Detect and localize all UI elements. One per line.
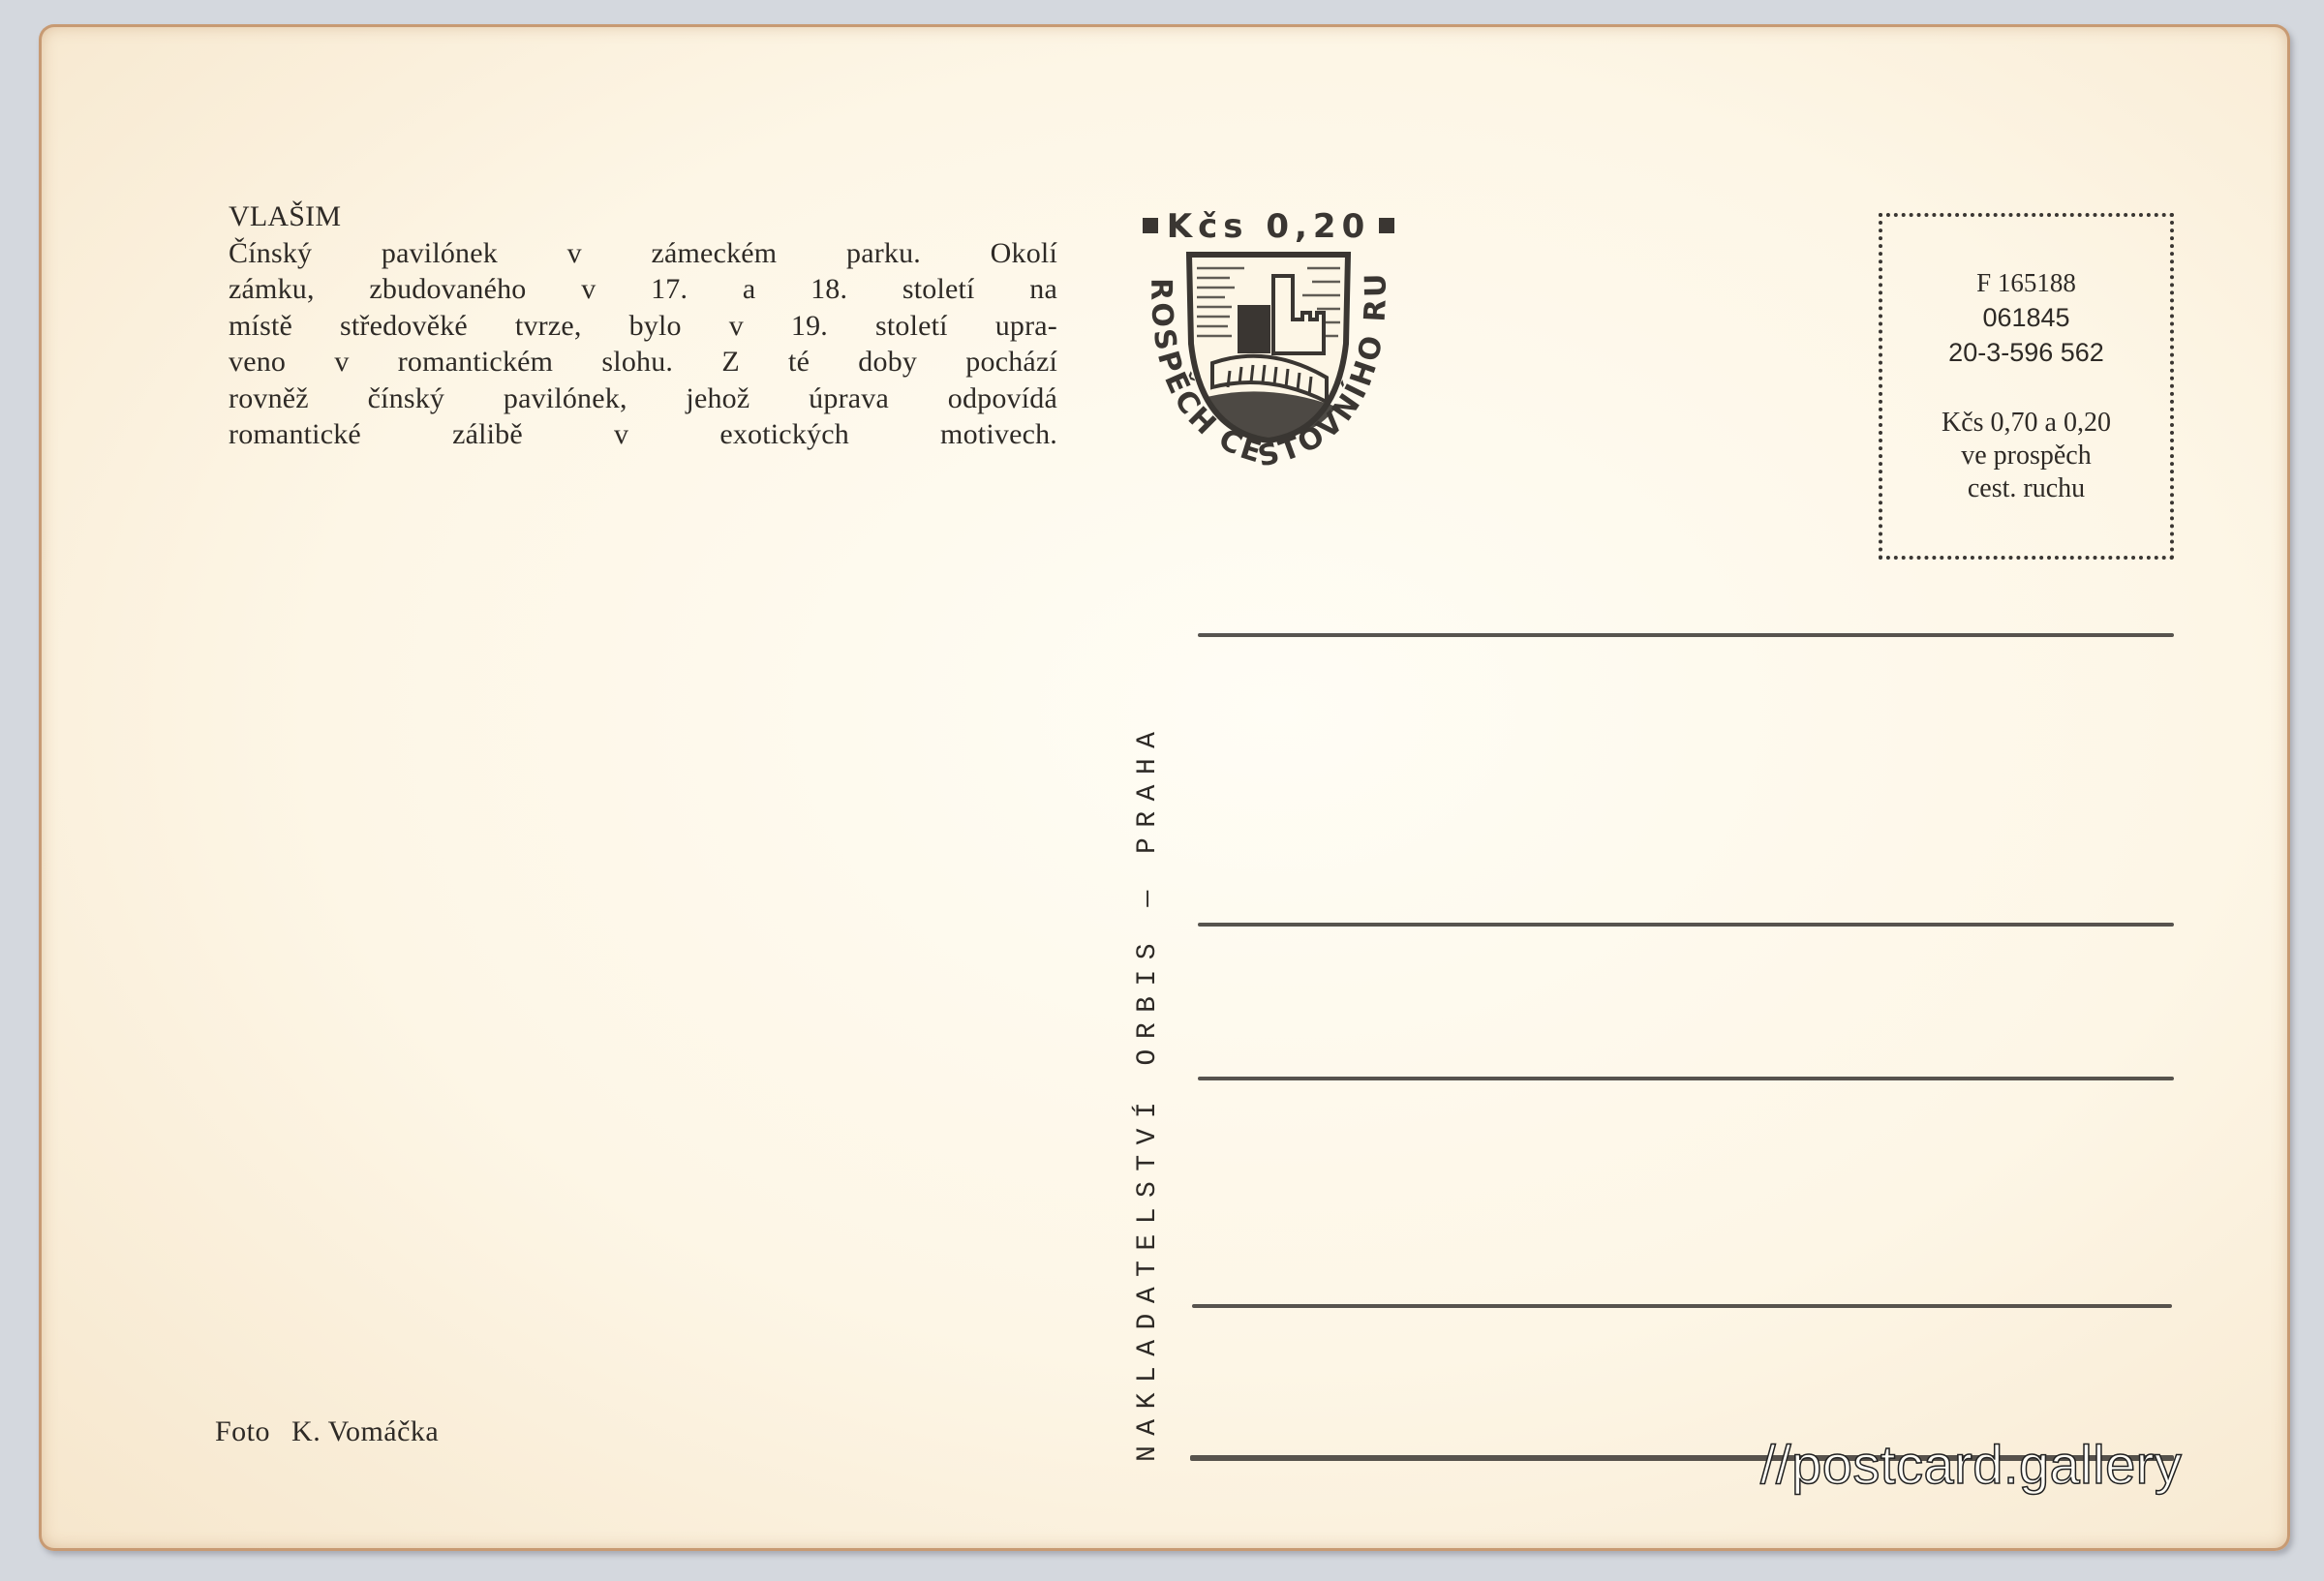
caption-line: rovněž čínský pavilónek, jehož úprava od… [229,380,1057,417]
watermark: //postcard.gallery [1760,1433,2182,1496]
address-line [1198,1077,2174,1080]
caption-line: zámku, zbudovaného v 17. a 18. století n… [229,271,1057,308]
photo-credit: Foto K. Vomáčka [215,1415,452,1448]
caption-line: Čínský pavilónek v zámeckém parku. Okolí [229,235,1057,272]
photo-credit-label: Foto [215,1415,270,1447]
caption-line: romantické zálibě v exotických motivech. [229,416,1057,453]
print-codes: F 165188 061845 20-3-596 562 [1882,265,2170,370]
stamp-box: F 165188 061845 20-3-596 562 Kčs 0,70 a … [1879,213,2174,560]
print-code: F 165188 [1882,265,2170,300]
price-line: Kčs 0,70 a 0,20 [1882,407,2170,440]
caption-line: místě středověké tvrze, bylo v 19. stole… [229,308,1057,345]
price-note: Kčs 0,70 a 0,20 ve prospěch cest. ruchu [1882,407,2170,505]
price-line: cest. ruchu [1882,472,2170,505]
price-line: ve prospěch [1882,440,2170,472]
castle-shield-icon: Kčs 0,20 VE PROSPĚCH CESTOVNÍHO RUCHU [1123,198,1414,489]
caption-block: VLAŠIM Čínský pavilónek v zámeckém parku… [229,198,1057,453]
caption-title: VLAŠIM [229,198,1057,235]
address-line [1198,923,2174,927]
address-line [1198,633,2174,637]
publisher-imprint: NAKLADATELSTVÍ ORBIS — PRAHA [1133,610,1163,1462]
charity-stamp: Kčs 0,20 VE PROSPĚCH CESTOVNÍHO RUCHU [1123,198,1414,489]
photo-credit-name: K. Vomáčka [291,1415,439,1447]
stamp-value-text: Kčs 0,20 [1167,207,1370,246]
print-code: 20-3-596 562 [1882,335,2170,370]
print-code: 061845 [1882,300,2170,335]
caption-line: veno v romantickém slohu. Z té doby poch… [229,344,1057,380]
address-line [1192,1304,2172,1308]
